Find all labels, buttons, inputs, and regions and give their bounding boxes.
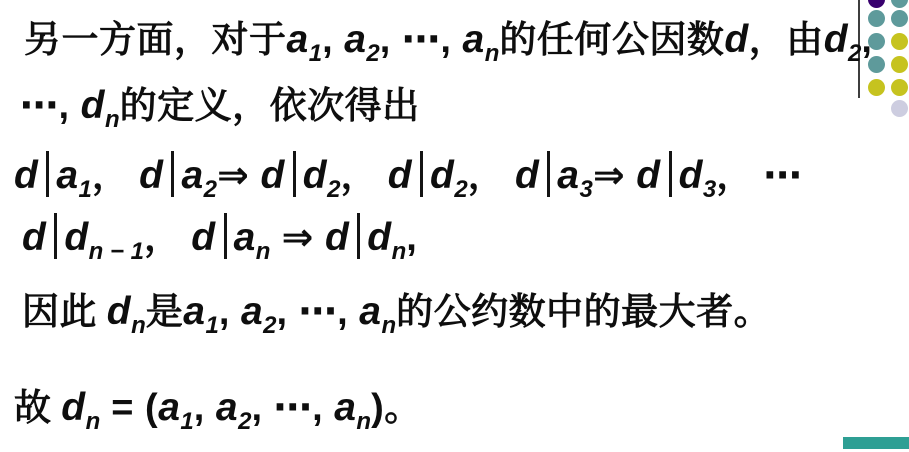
text-segment: d — [303, 154, 327, 197]
subscript: 3 — [703, 176, 716, 203]
text-segment: d — [388, 154, 412, 197]
subscript: n — [86, 408, 101, 435]
divides-bar — [54, 213, 57, 259]
text-segment: a — [181, 154, 203, 197]
ellipsis-symbol: , ⋯, — [277, 291, 360, 333]
subscript: 2 — [848, 40, 861, 67]
text-segment: a — [56, 154, 78, 197]
text-segment: a — [183, 290, 205, 333]
text-segment: a — [359, 290, 381, 333]
text-segment: a — [158, 386, 180, 429]
subscript: n — [256, 238, 271, 265]
divides-bar — [420, 151, 423, 197]
subscript: 2 — [238, 408, 251, 435]
subscript: 1 — [79, 176, 92, 203]
subscript: n — [105, 106, 120, 133]
text-segment: a — [557, 154, 579, 197]
text-segment: a — [216, 386, 238, 429]
subscript: 2 — [454, 176, 467, 203]
text-segment: ， — [468, 156, 515, 197]
ellipsis-symbol: , ⋯, — [380, 19, 463, 61]
ellipsis-symbol: , ⋯, — [251, 387, 334, 429]
subscript: n — [356, 408, 371, 435]
subscript: n — [485, 40, 500, 67]
subscript: n — [131, 312, 146, 339]
text-segment: , — [406, 217, 417, 259]
text-segment: 另一方面，对于 — [24, 20, 287, 61]
subscript: 1 — [309, 40, 322, 67]
text-line-1: 另一方面，对于a1, a2, ⋯, an的任何公因数d，由d2, — [24, 14, 872, 74]
subscript: n — [381, 312, 396, 339]
subscript: 2 — [204, 176, 217, 203]
text-segment: 的公约数中的最大者。 — [396, 292, 771, 333]
text-segment: d — [430, 154, 454, 197]
text-segment: a — [287, 18, 309, 61]
divides-bar — [357, 213, 360, 259]
text-segment: d — [679, 154, 703, 197]
text-line-5: 因此 dn是a1, a2, ⋯, an的公约数中的最大者。 — [22, 286, 771, 346]
subscript: 1 — [205, 312, 218, 339]
text-segment: a — [234, 216, 256, 259]
text-segment: d — [636, 154, 660, 197]
text-segment: d — [139, 154, 163, 197]
text-segment: 故 — [14, 388, 61, 429]
implies-arrow: ⇒ — [217, 155, 260, 197]
text-segment: d — [367, 216, 391, 259]
implies-arrow: ⇒ — [270, 217, 324, 259]
text-segment: a — [462, 18, 484, 61]
text-line-6: 故 dn = (a1, a2, ⋯, an)。 — [14, 382, 422, 442]
subscript: 2 — [263, 312, 276, 339]
text-segment: a — [334, 386, 356, 429]
text-segment: , — [219, 291, 241, 333]
slide-text: 另一方面，对于a1, a2, ⋯, an的任何公因数d，由d2,⋯, dn的定义… — [0, 0, 909, 452]
divides-bar — [669, 151, 672, 197]
text-segment: d — [824, 18, 848, 61]
text-segment: ) — [371, 387, 384, 429]
text-segment: d — [22, 216, 46, 259]
divides-bar — [46, 151, 49, 197]
text-segment: d — [515, 154, 539, 197]
text-segment: , — [322, 19, 344, 61]
text-segment: d — [64, 216, 88, 259]
text-line-3: da1， da2⇒ dd2， dd2， da3⇒ dd3， ⋯ — [14, 150, 802, 210]
text-segment: d — [107, 290, 131, 333]
text-segment: d — [724, 18, 748, 61]
text-segment: d — [260, 154, 284, 197]
subscript: 1 — [180, 408, 193, 435]
text-segment: = ( — [100, 387, 158, 429]
text-segment: ， — [92, 156, 139, 197]
subscript: n — [392, 238, 407, 265]
subscript: 3 — [580, 176, 593, 203]
text-segment: a — [241, 290, 263, 333]
divides-bar — [171, 151, 174, 197]
text-segment: d — [61, 386, 85, 429]
text-segment: , — [194, 387, 216, 429]
text-segment: a — [344, 18, 366, 61]
divides-bar — [224, 213, 227, 259]
ellipsis-symbol: ⋯, — [20, 85, 81, 127]
subscript: n − 1 — [89, 238, 144, 265]
slide: 另一方面，对于a1, a2, ⋯, an的任何公因数d，由d2,⋯, dn的定义… — [0, 0, 909, 452]
text-segment: , — [861, 19, 872, 61]
text-segment: ， — [340, 156, 387, 197]
divides-bar — [293, 151, 296, 197]
text-line-4: ddn − 1， dan ⇒ ddn, — [22, 212, 417, 272]
text-segment: 的定义，依次得出 — [120, 86, 420, 127]
text-segment: 是 — [146, 292, 184, 333]
ellipsis-symbol: ⋯ — [764, 155, 803, 197]
text-segment: d — [191, 216, 215, 259]
text-segment: ， — [144, 218, 191, 259]
text-segment: 因此 — [22, 292, 107, 333]
text-segment: 。 — [384, 388, 422, 429]
text-segment: d — [81, 84, 105, 127]
text-segment: ， — [716, 156, 763, 197]
text-segment: ，由 — [749, 20, 824, 61]
text-segment: 的任何公因数 — [499, 20, 724, 61]
text-segment: d — [325, 216, 349, 259]
text-line-2: ⋯, dn的定义，依次得出 — [20, 80, 420, 140]
subscript: 2 — [327, 176, 340, 203]
divides-bar — [547, 151, 550, 197]
text-segment: d — [14, 154, 38, 197]
subscript: 2 — [366, 40, 379, 67]
implies-arrow: ⇒ — [593, 155, 636, 197]
